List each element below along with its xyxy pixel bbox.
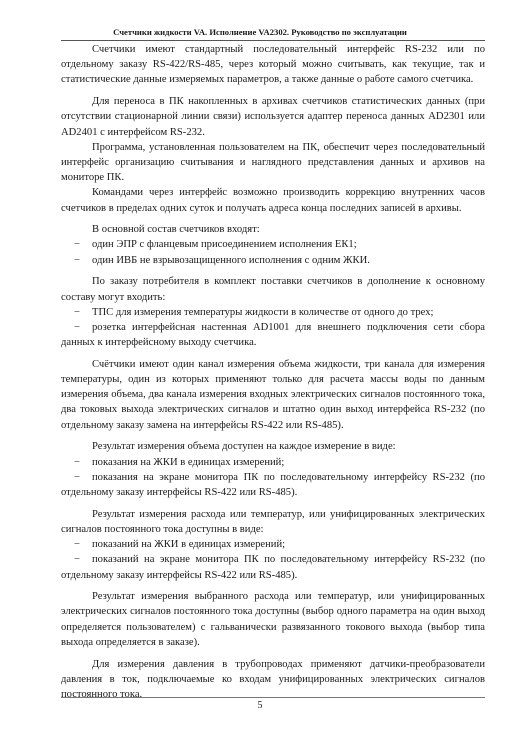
list-item: −показаний на ЖКИ в единицах измерений; <box>61 537 485 552</box>
header-rule <box>61 40 485 41</box>
paragraph-basic-composition: В основной состав счетчиков входят: <box>61 222 485 237</box>
paragraph-volume-result: Результат измерения объема доступен на к… <box>61 439 485 454</box>
list-item: −один ЭПР с фланцевым присоединением исп… <box>61 237 485 252</box>
paragraph-pressure-sensors: Для измерения давления в трубопроводах п… <box>61 657 485 703</box>
dash-bullet-icon: − <box>74 455 80 470</box>
page-number: 5 <box>0 700 520 711</box>
paragraph-data-transfer: Для переноса в ПК накопленных в архивах … <box>61 94 485 140</box>
paragraph-pc-software: Программа, установленная пользователем н… <box>61 140 485 186</box>
list-item: −показания на ЖКИ в единицах измерений; <box>61 455 485 470</box>
footer-rule <box>61 697 485 698</box>
dash-bullet-icon: − <box>74 305 80 320</box>
paragraph-optional-composition: По заказу потребителя в комплект поставк… <box>61 274 485 304</box>
list-item: −один ИВБ не взрывозащищенного исполнени… <box>61 253 485 268</box>
list-item: −показаний на экране монитора ПК по посл… <box>61 552 485 582</box>
paragraph-channels: Счётчики имеют один канал измерения объе… <box>61 357 485 433</box>
paragraph-flow-temperature-result: Результат измерения расхода или температ… <box>61 507 485 537</box>
running-header-title: Счетчики жидкости VA. Исполнение VA2302.… <box>0 27 520 37</box>
dash-bullet-icon: − <box>74 237 80 252</box>
paragraph-current-output: Результат измерения выбранного расхода и… <box>61 589 485 650</box>
dash-bullet-icon: − <box>74 552 92 567</box>
dash-bullet-icon: − <box>74 537 80 552</box>
list-item: −ТПС для измерения температуры жидкости … <box>61 305 485 320</box>
list-item: −розетка интерфейсная настенная AD1001 д… <box>61 320 485 350</box>
paragraph-interface: Счетчики имеют стандартный последователь… <box>61 42 485 88</box>
dash-bullet-icon: − <box>74 320 92 335</box>
dash-bullet-icon: − <box>74 470 92 485</box>
dash-bullet-icon: − <box>74 253 80 268</box>
document-body: Счетчики имеют стандартный последователь… <box>61 42 485 709</box>
list-item: −показания на экране монитора ПК по посл… <box>61 470 485 500</box>
paragraph-clock-correction: Командами через интерфейс возможно произ… <box>61 185 485 215</box>
